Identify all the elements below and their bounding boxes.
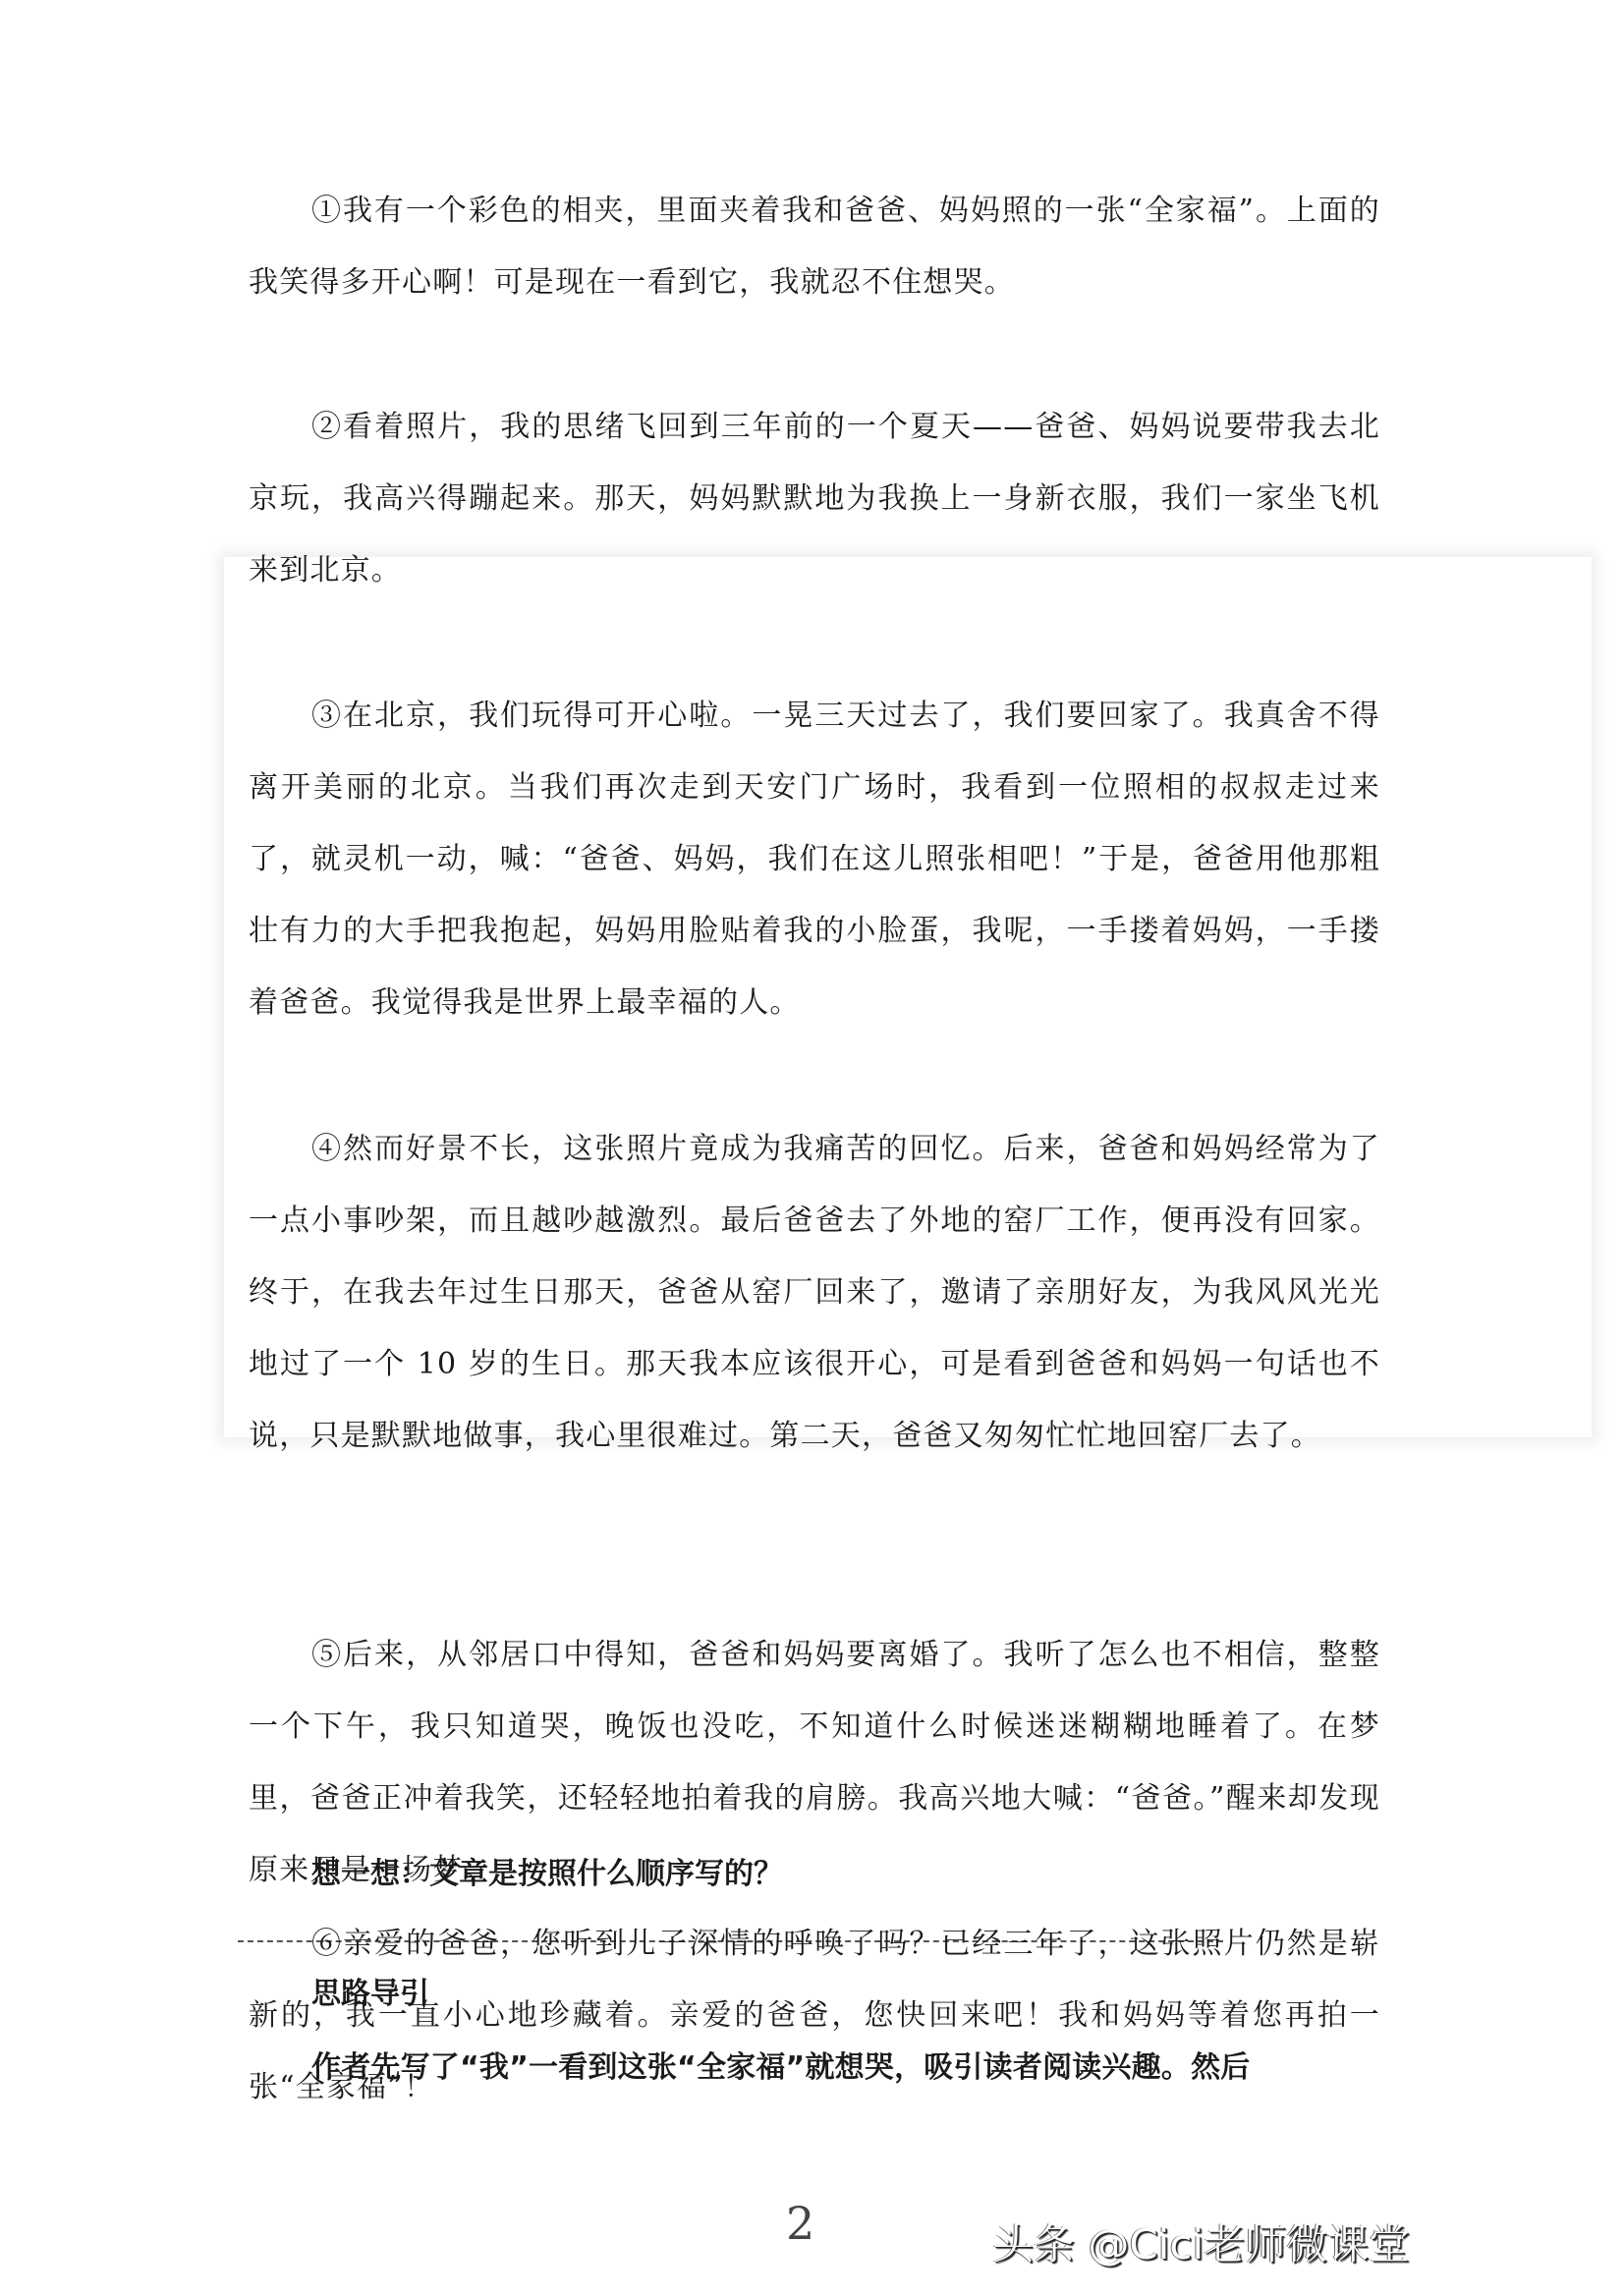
watermark: 头条 @Cici老师微课堂 [992,2212,1410,2271]
paragraph-6: ⑥亲爱的爸爸，您听到儿子深情的呼唤了吗？已经三年了，这张照片仍然是崭新的，我一直… [249,1908,1380,2123]
guide-heading: 思路导引 [311,1975,429,2014]
paragraph-2: ②看着照片，我的思绪飞回到三年前的一个夏天——爸爸、妈妈说要带我去北京玩，我高兴… [249,391,1380,606]
guide-text: 作者先写了“我”一看到这张“全家福”就想哭，吸引读者阅读兴趣。然后 [311,2048,1380,2088]
question-text: 想一想：文章是按照什么顺序写的？ [311,1855,783,1894]
page-number: 2 [786,2197,814,2250]
paragraph-4: ④然而好景不长，这张照片竟成为我痛苦的回忆。后来，爸爸和妈妈经常为了一点小事吵架… [249,1113,1380,1472]
paragraph-1: ①我有一个彩色的相夹，里面夹着我和爸爸、妈妈照的一张“全家福”。上面的我笑得多开… [249,175,1380,318]
paragraph-3: ③在北京，我们玩得可开心啦。一晃三天过去了，我们要回家了。我真舍不得离开美丽的北… [249,680,1380,1038]
